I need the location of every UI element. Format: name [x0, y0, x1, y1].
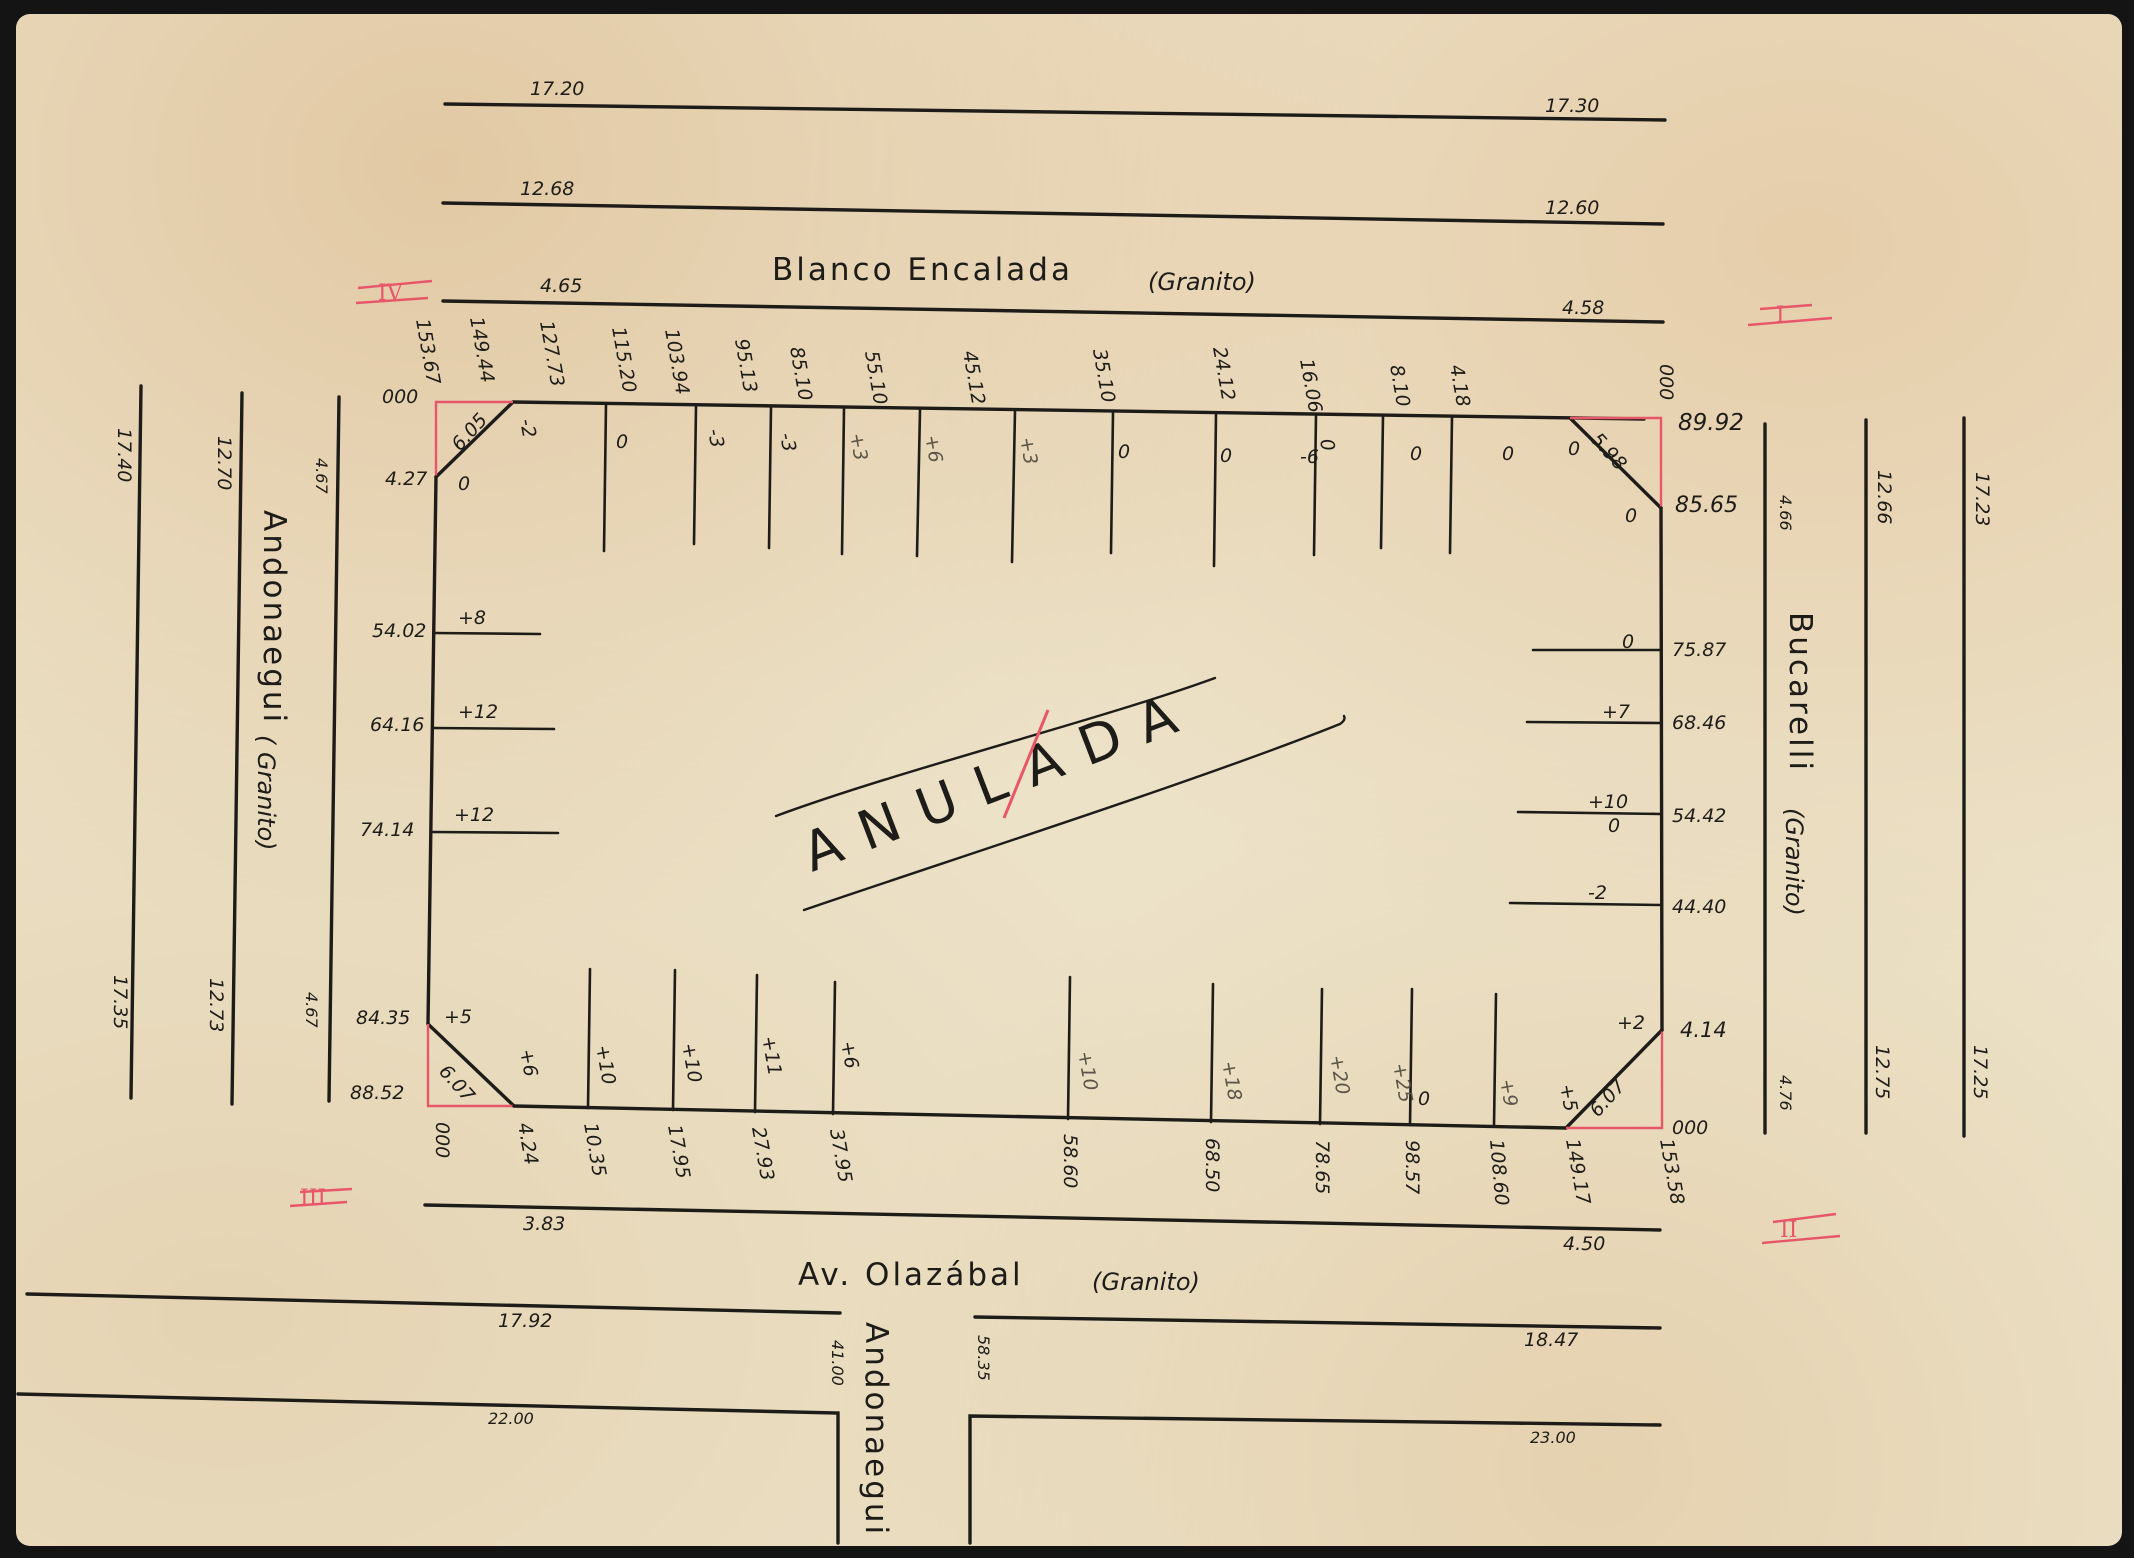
south-stations: 000 4.24 10.35 17.95 27.93 37.95 58.60 6… — [431, 1121, 1688, 1207]
svg-text:+5: +5 — [444, 1006, 472, 1028]
svg-text:54.42: 54.42 — [1672, 805, 1726, 827]
svg-text:+9: +9 — [1495, 1077, 1522, 1108]
svg-text:+6: +6 — [515, 1047, 542, 1078]
svg-text:4.67: 4.67 — [312, 458, 331, 494]
svg-text:85.10: 85.10 — [785, 345, 816, 402]
street-paving-north: (Granito) — [1148, 268, 1256, 296]
north-middle-line — [443, 203, 1663, 224]
svg-text:0: 0 — [616, 431, 628, 453]
svg-text:17.35: 17.35 — [109, 975, 131, 1029]
svg-text:98.57: 98.57 — [1401, 1140, 1423, 1194]
north-street: 17.20 17.30 12.68 12.60 Blanco Encalada … — [443, 78, 1665, 322]
svg-text:44.40: 44.40 — [1672, 896, 1726, 918]
svg-text:-2: -2 — [1588, 882, 1607, 904]
svg-text:I: I — [1776, 303, 1785, 328]
street-name-west: Andonaegui — [256, 510, 292, 725]
svg-text:4.50: 4.50 — [1563, 1233, 1605, 1255]
east-frontage: 85.65 0 75.87 +7 68.46 +10 0 54.42 -2 44… — [1510, 493, 1738, 1042]
svg-text:17.40: 17.40 — [113, 428, 135, 482]
svg-text:84.35: 84.35 — [356, 1007, 410, 1029]
south-levels: +6 +10 +10 +11 +6 +10 +18 +20 +25 0 +9 +… — [434, 1034, 1708, 1139]
svg-text:127.73: 127.73 — [535, 319, 568, 388]
svg-text:12.70: 12.70 — [213, 436, 235, 490]
svg-text:5.98: 5.98 — [1586, 429, 1631, 475]
svg-text:18.47: 18.47 — [1524, 1329, 1578, 1351]
svg-text:III: III — [300, 1186, 326, 1211]
annulled-stamp: ANULADA — [776, 676, 1345, 910]
svg-text:24.12: 24.12 — [1208, 345, 1239, 402]
svg-text:16.06: 16.06 — [1295, 357, 1326, 414]
svg-text:4.24: 4.24 — [513, 1121, 542, 1166]
svg-text:+10: +10 — [677, 1041, 706, 1084]
svg-text:41.00: 41.00 — [828, 1340, 847, 1386]
svg-text:000: 000 — [1672, 1117, 1708, 1139]
svg-text:+3: +3 — [1015, 435, 1042, 466]
svg-text:6.05: 6.05 — [447, 409, 492, 455]
north-inner-line — [443, 301, 1663, 322]
corner-marker-iv: IV — [356, 281, 432, 306]
svg-text:10.35: 10.35 — [579, 1121, 610, 1178]
svg-text:12.66: 12.66 — [1873, 470, 1895, 524]
svg-text:-3: -3 — [775, 431, 800, 453]
south-lot-lines — [588, 969, 1496, 1126]
corner-marker-ii: II — [1762, 1214, 1840, 1243]
svg-text:IV: IV — [378, 281, 404, 306]
svg-text:+10: +10 — [1588, 791, 1628, 813]
north-lot-lines — [604, 404, 1452, 566]
street-paving-west: ( Granito) — [252, 735, 280, 851]
street-paving-south: (Granito) — [1092, 1268, 1200, 1296]
svg-text:85.65: 85.65 — [1675, 493, 1738, 518]
svg-text:22.00: 22.00 — [488, 1409, 534, 1428]
svg-text:149.44: 149.44 — [465, 315, 498, 384]
street-name-south: Av. Olazábal — [798, 1257, 1024, 1293]
svg-text:4.76: 4.76 — [1776, 1075, 1795, 1111]
svg-text:95.13: 95.13 — [730, 337, 761, 394]
svg-text:27.93: 27.93 — [747, 1125, 778, 1182]
svg-text:4.18: 4.18 — [1445, 363, 1474, 408]
svg-text:75.87: 75.87 — [1672, 639, 1726, 661]
svg-text:64.16: 64.16 — [370, 714, 424, 736]
svg-text:4.27: 4.27 — [385, 468, 427, 490]
svg-text:0: 0 — [458, 473, 470, 495]
svg-text:0: 0 — [1410, 443, 1422, 465]
svg-text:0: 0 — [1118, 441, 1130, 463]
svg-text:+6: +6 — [920, 433, 947, 464]
svg-text:74.14: 74.14 — [360, 819, 414, 841]
svg-text:45.12: 45.12 — [958, 349, 989, 406]
svg-text:153.67: 153.67 — [411, 317, 444, 386]
svg-text:17.95: 17.95 — [663, 1123, 694, 1180]
svg-text:78.65: 78.65 — [1311, 1140, 1333, 1194]
dim-label: 12.68 — [520, 178, 574, 200]
dim-label: 17.30 — [1545, 95, 1599, 117]
svg-text:55.10: 55.10 — [860, 349, 891, 406]
dim-label: 4.58 — [1562, 297, 1604, 319]
svg-text:+25: +25 — [1388, 1061, 1417, 1104]
survey-plan-drawing: 17.20 17.30 12.68 12.60 Blanco Encalada … — [0, 0, 2134, 1558]
svg-text:17.25: 17.25 — [1969, 1045, 1991, 1099]
svg-text:37.95: 37.95 — [825, 1127, 856, 1184]
east-street: 4.66 12.66 17.23 4.76 12.75 17.25 Bucare… — [1765, 418, 1993, 1136]
svg-text:+12: +12 — [454, 804, 494, 826]
svg-text:0: 0 — [1625, 505, 1637, 527]
svg-text:108.60: 108.60 — [1485, 1139, 1513, 1207]
svg-text:4.14: 4.14 — [1680, 1018, 1727, 1042]
svg-text:12.75: 12.75 — [1871, 1045, 1893, 1099]
svg-text:0: 0 — [1568, 438, 1580, 460]
svg-text:II: II — [1780, 1218, 1797, 1243]
svg-text:88.52: 88.52 — [350, 1082, 404, 1104]
svg-text:68.50: 68.50 — [1201, 1138, 1223, 1192]
svg-text:0: 0 — [1622, 631, 1634, 653]
svg-text:54.02: 54.02 — [372, 620, 426, 642]
north-outer-curb-line — [445, 104, 1665, 120]
svg-text:0: 0 — [1608, 815, 1620, 837]
svg-text:35.10: 35.10 — [1088, 347, 1119, 404]
svg-text:-6: -6 — [1300, 446, 1319, 468]
svg-text:68.46: 68.46 — [1672, 712, 1726, 734]
dim-label: 12.60 — [1545, 197, 1599, 219]
svg-text:0: 0 — [1418, 1088, 1430, 1110]
street-name-north: Blanco Encalada — [772, 252, 1073, 288]
street-paving-east: (Granito) — [1780, 808, 1808, 916]
svg-text:0: 0 — [1220, 445, 1232, 467]
svg-text:+11: +11 — [757, 1034, 786, 1077]
dim-label: 4.65 — [540, 275, 582, 297]
svg-text:+5: +5 — [1555, 1082, 1582, 1113]
svg-text:+10: +10 — [1073, 1049, 1102, 1092]
svg-text:0: 0 — [1502, 443, 1514, 465]
street-name-south-cross: Andonaegui — [858, 1322, 894, 1537]
svg-text:000: 000 — [431, 1122, 453, 1158]
svg-text:58.35: 58.35 — [974, 1335, 993, 1381]
svg-text:58.60: 58.60 — [1059, 1134, 1081, 1188]
svg-text:-2: -2 — [515, 417, 540, 439]
west-street: 17.40 12.70 4.67 17.35 12.73 4.67 Andona… — [109, 386, 339, 1104]
svg-text:115.20: 115.20 — [607, 325, 640, 394]
corner-marker-iii: III — [290, 1186, 352, 1211]
north-levels: -2 0 -3 -3 +3 +6 +3 0 0 0 -6 0 0 0 6.05 … — [447, 409, 1637, 527]
dim-label: 17.20 — [530, 78, 584, 100]
svg-text:17.92: 17.92 — [498, 1310, 552, 1332]
svg-text:6.07: 6.07 — [1585, 1075, 1630, 1121]
svg-text:4.66: 4.66 — [1776, 495, 1795, 531]
svg-text:153.58: 153.58 — [1655, 1137, 1688, 1206]
svg-text:+3: +3 — [845, 431, 872, 462]
svg-text:+7: +7 — [1602, 701, 1630, 723]
west-frontage: 4.27 0 54.02 +8 64.16 +12 74.14 +12 84.3… — [350, 468, 558, 1104]
svg-text:89.92: 89.92 — [1678, 410, 1744, 436]
street-name-east: Bucarelli — [1782, 612, 1818, 773]
svg-text:+2: +2 — [1617, 1012, 1645, 1034]
svg-text:+20: +20 — [1325, 1053, 1354, 1096]
svg-text:8.10: 8.10 — [1385, 363, 1414, 408]
svg-text:12.73: 12.73 — [205, 978, 227, 1032]
svg-text:+8: +8 — [458, 607, 486, 629]
svg-text:000: 000 — [382, 386, 418, 408]
south-street: 3.83 4.50 Av. Olazábal (Granito) 17.92 1… — [18, 1205, 1660, 1543]
svg-text:000: 000 — [1655, 364, 1677, 400]
svg-text:+18: +18 — [1217, 1059, 1246, 1102]
svg-text:+12: +12 — [458, 701, 498, 723]
svg-text:103.94: 103.94 — [660, 327, 693, 396]
svg-text:+10: +10 — [591, 1043, 620, 1086]
annulled-label: ANULADA — [794, 676, 1206, 884]
svg-text:-3: -3 — [703, 427, 728, 449]
svg-text:23.00: 23.00 — [1530, 1428, 1576, 1447]
svg-text:149.17: 149.17 — [1561, 1137, 1594, 1206]
svg-text:4.67: 4.67 — [302, 992, 321, 1028]
svg-text:17.23: 17.23 — [1971, 472, 1993, 526]
svg-text:3.83: 3.83 — [523, 1213, 565, 1235]
corner-marker-i: I — [1748, 303, 1832, 328]
svg-text:+6: +6 — [836, 1039, 863, 1070]
